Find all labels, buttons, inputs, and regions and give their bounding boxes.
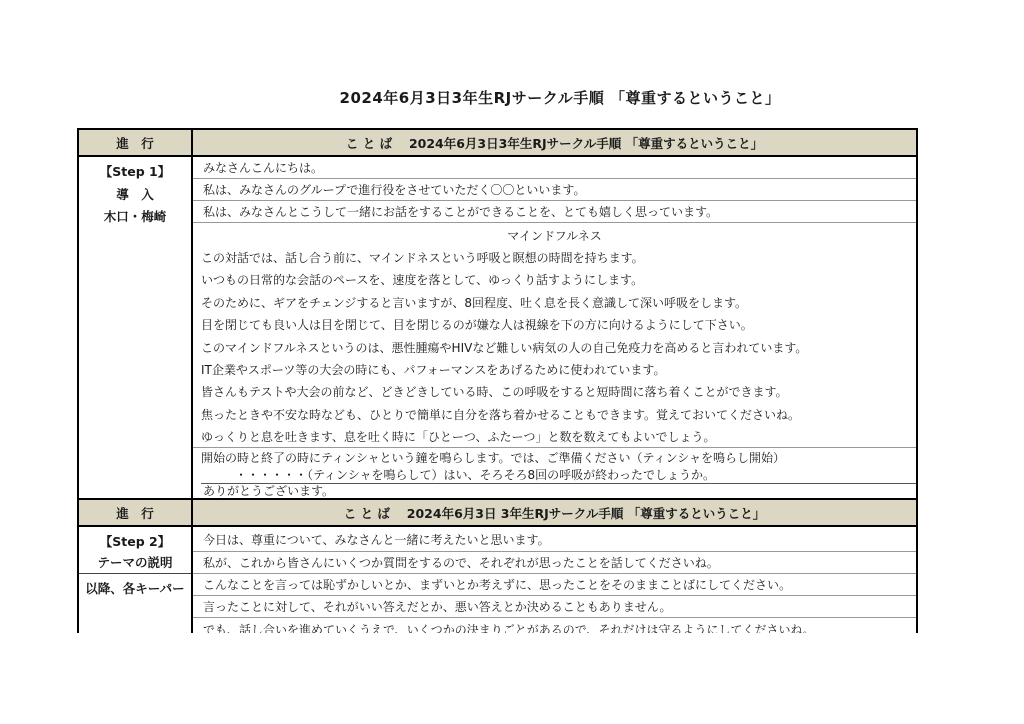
mindfulness-line: 目を閉じても良い人は目を閉じて、目を閉じるのが嫌な人は視線を下の方に向けるように… [193,314,916,336]
script-row: こんなことを言っては恥ずかしいとか、まずいとか考えずに、思ったことをそのままこと… [193,574,916,596]
step2-label-cell: 【Step 2】 テーマの説明 [79,527,191,574]
section1-header-kotoba: こ と ば 2024年6月3日3年生RJサークル手順 「尊重するということ」 [193,130,916,155]
mindfulness-title: マインドフルネス [193,225,916,247]
script-row: 私が、これから皆さんにいくつか質問をするので、それぞれが思ったことを話してくださ… [193,552,916,574]
mindfulness-line: このマインドフルネスというのは、悪性腫瘍やHIVなど難しい病気の人の自己免疫力を… [193,337,916,359]
keeper-label: 以降、各キーパー [79,574,191,599]
section1-header-shinko: 進 行 [79,130,193,155]
mindfulness-line: そのために、ギアをチェンジすると言いますが、8回程度、吐く息を長く意識して深い呼… [193,292,916,314]
tinsha-cell: 開始の時と終了の時にティンシャという鐘を鳴らします。では、ご準備ください（ティン… [193,448,916,483]
mindfulness-line: IT企業やスポーツ等の大会の時にも、パフォーマンスをあげるために使われています。 [193,359,916,381]
tinsha-line-1: 開始の時と終了の時にティンシャという鐘を鳴らします。では、ご準備ください（ティン… [193,450,916,467]
procedure-table: 進 行 こ と ば 2024年6月3日3年生RJサークル手順 「尊重するというこ… [77,128,918,633]
step2-theme-label: テーマの説明 [79,552,191,573]
thanks-row: ありがとうございます。 [193,483,916,498]
section1-script-column: みなさんこんにちは。 私は、みなさんのグループで進行役をさせていただく〇〇といい… [193,157,916,498]
section1-header-row: 進 行 こ と ば 2024年6月3日3年生RJサークル手順 「尊重するというこ… [79,130,916,157]
mindfulness-line: この対話では、話し合う前に、マインドネスという呼吸と瞑想の時間を持ちます。 [193,247,916,269]
step2-label: 【Step 2】 [79,531,191,552]
section2-script-column: 今日は、尊重について、みなさんと一緒に考えたいと思います。 私が、これから皆さん… [193,527,916,633]
section1-left-column: 【Step 1】 導 入 木口・梅崎 [79,157,193,498]
section2-left-column: 【Step 2】 テーマの説明 以降、各キーパー [79,527,193,633]
mindfulness-line: ゆっくりと息を吐きます、息を吐く時に「ひとーつ、ふたーつ」と数を数えてもよいでし… [193,426,916,448]
section1-body: 【Step 1】 導 入 木口・梅崎 みなさんこんにちは。 私は、みなさんのグル… [79,157,916,498]
step1-label: 【Step 1】 [79,161,191,184]
section2-header-shinko: 進 行 [79,500,193,525]
step1-facilitators: 木口・梅崎 [79,206,191,229]
tinsha-line-2: ・・・・・・（ティンシャを鳴らして）はい、そろそろ8回の呼吸が終わったでしょうか… [193,467,916,484]
mindfulness-line: 皆さんもテストや大会の前など、どきどきしている時、この呼吸をすると短時間に落ち着… [193,381,916,403]
script-row: 言ったことに対して、それがいい答えだとか、悪い答えとか決めることもありません。 [193,596,916,618]
mindfulness-line: 焦ったときや不安な時なども、ひとりで簡単に自分を落ち着かせることもできます。覚え… [193,404,916,426]
script-row: 私は、みなさんのグループで進行役をさせていただく〇〇といいます。 [193,179,916,201]
page-title: 2024年6月3日3年生RJサークル手順 「尊重するということ」 [0,87,1024,108]
step1-intro-label: 導 入 [79,184,191,207]
section2-header-row: 進 行 こ と ば 2024年6月3日 3年生RJサークル手順 「尊重するという… [79,498,916,527]
script-row: 今日は、尊重について、みなさんと一緒に考えたいと思います。 [193,527,916,552]
section2-body: 【Step 2】 テーマの説明 以降、各キーパー 今日は、尊重について、みなさん… [79,527,916,633]
section2-header-kotoba: こ と ば 2024年6月3日 3年生RJサークル手順 「尊重するということ」 [193,500,916,525]
script-row: でも、話し合いを進めていくうえで、いくつかの決まりごとがあるので、それだけは守る… [193,618,916,633]
mindfulness-line: いつもの日常的な会話のペースを、速度を落として、ゆっくり話すようにします。 [193,269,916,291]
script-row: みなさんこんにちは。 [193,157,916,179]
script-row: 私は、みなさんとこうして一緒にお話をすることができることを、とても嬉しく思ってい… [193,201,916,223]
mindfulness-cell: マインドフルネス この対話では、話し合う前に、マインドネスという呼吸と瞑想の時間… [193,223,916,448]
